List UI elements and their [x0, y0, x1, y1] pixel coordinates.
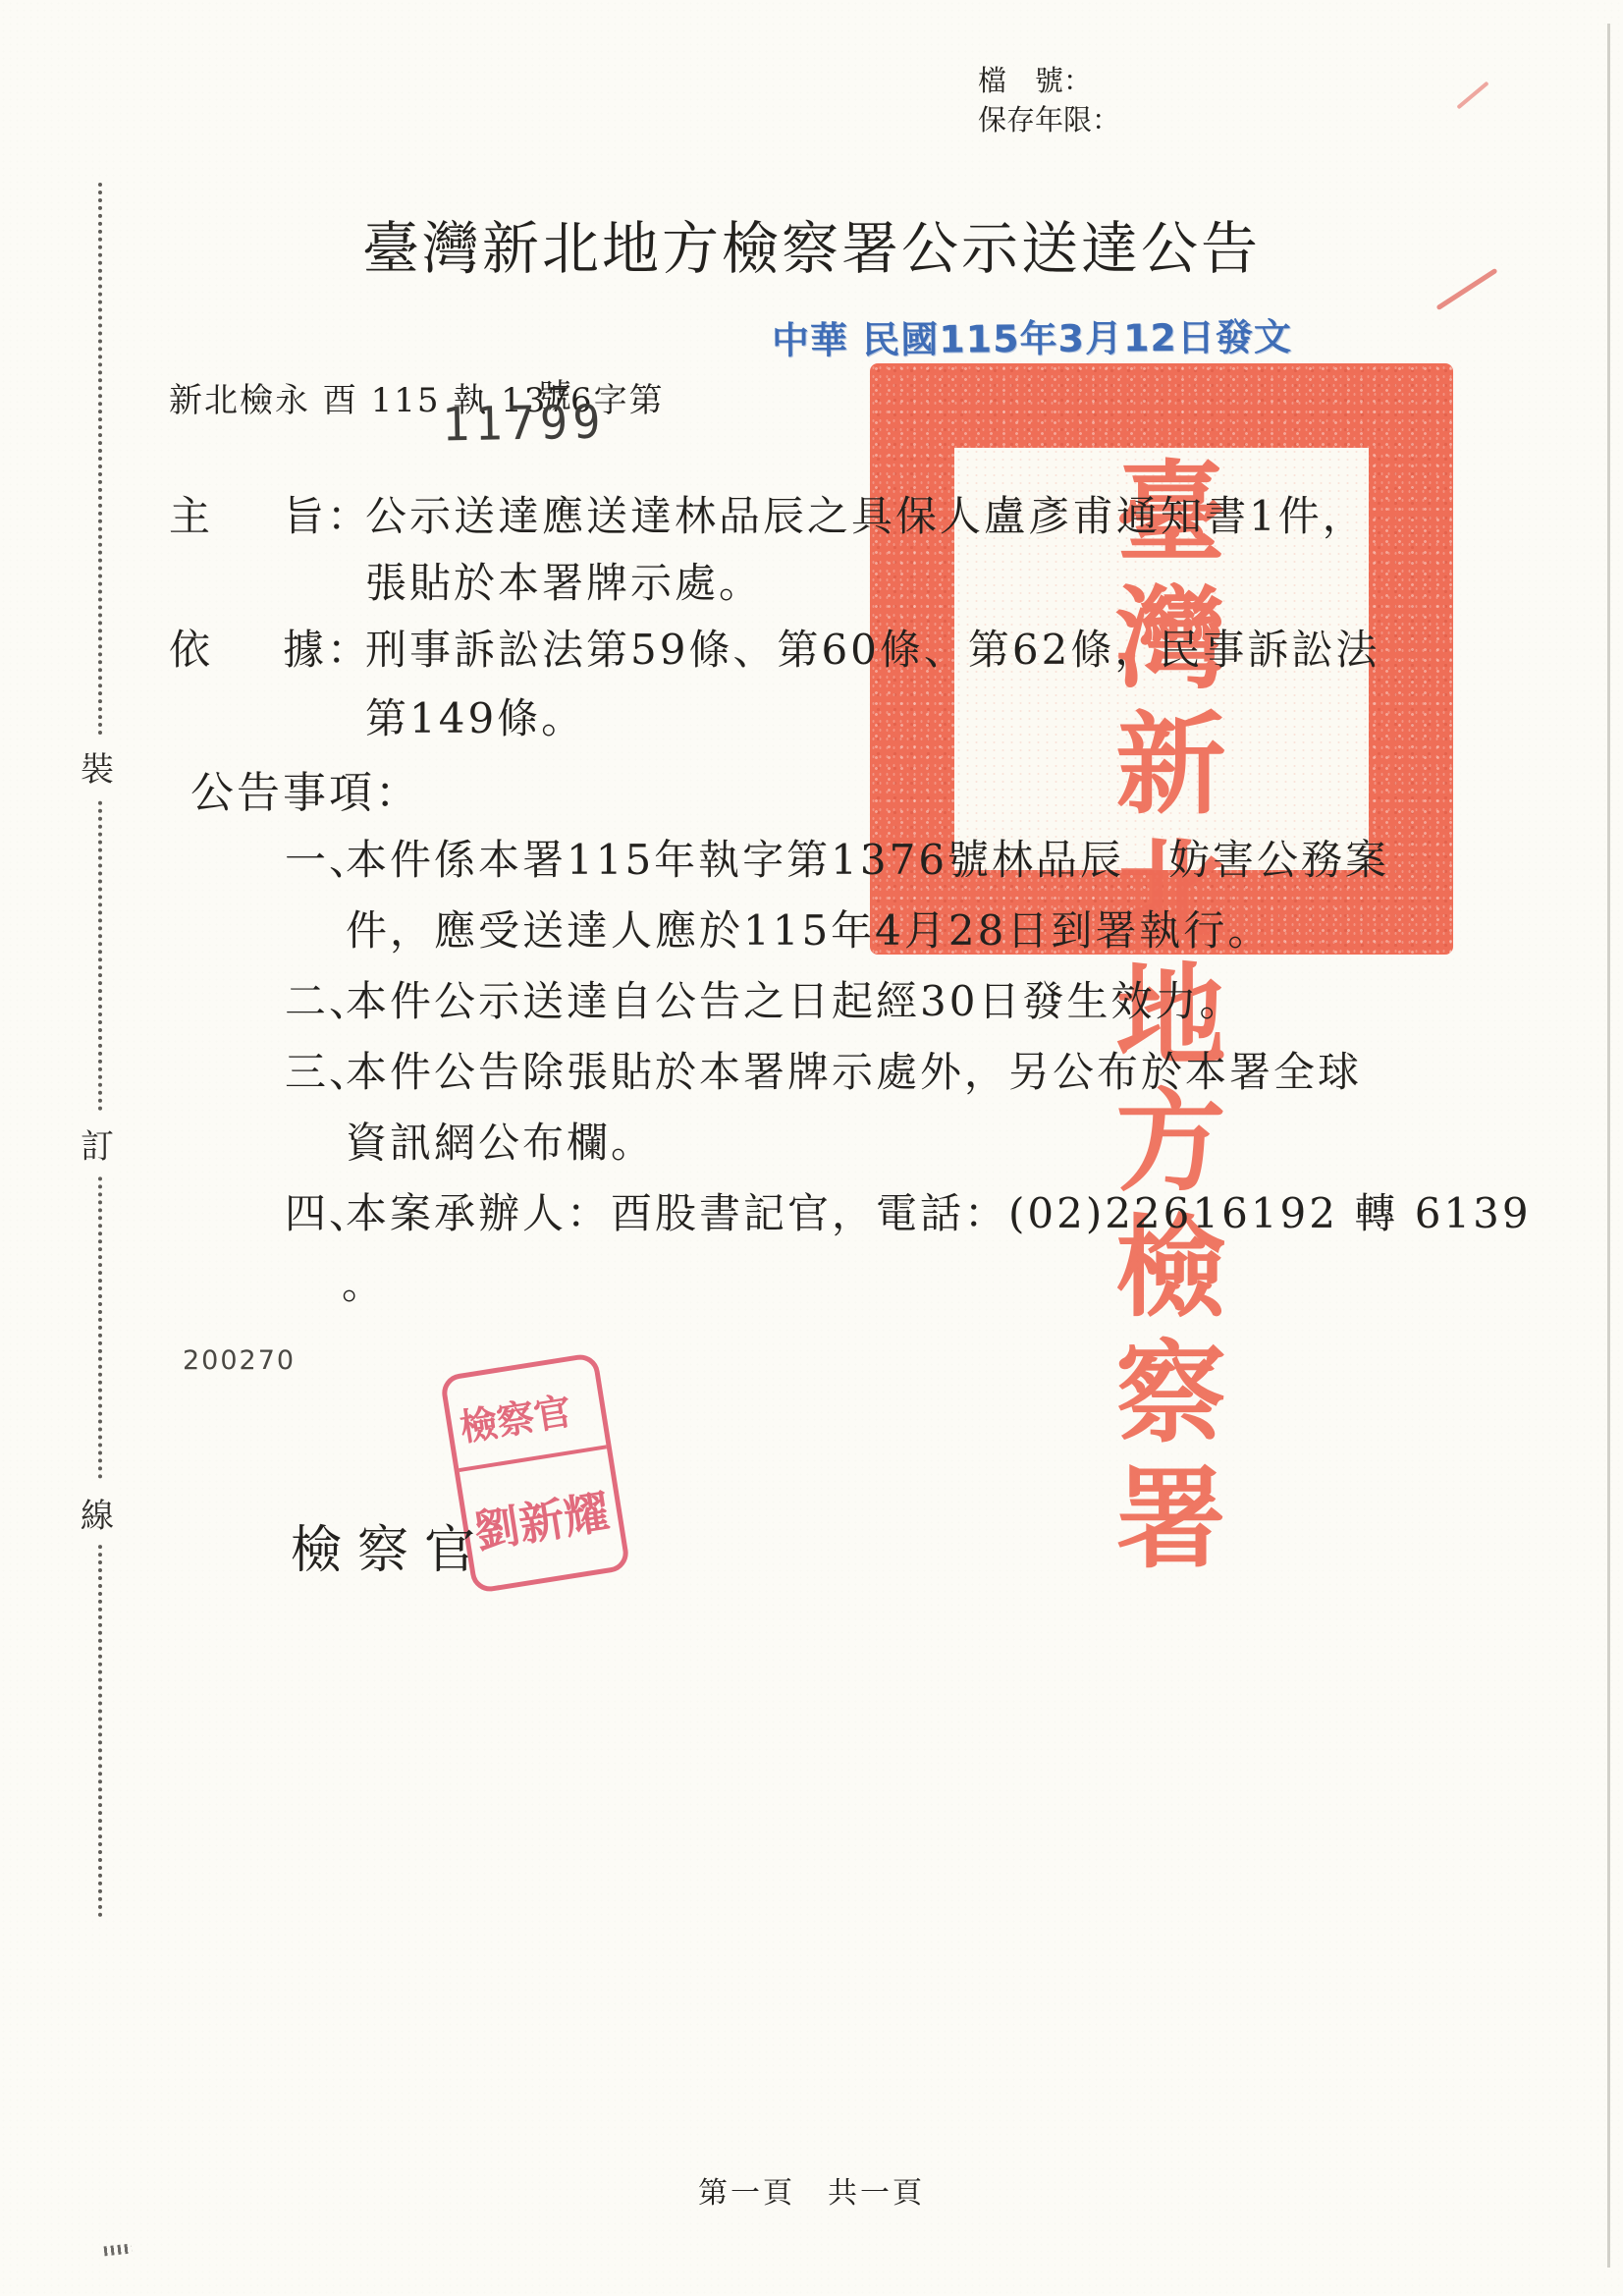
item-1-line-1: 本件係本署115年執字第1376號林品辰 妨害公務案 — [346, 828, 1389, 887]
binding-dotted-line — [98, 183, 102, 1919]
subject-line-1: 公示送達應送達林品辰之具保人盧彥甫通知書1件， — [365, 484, 1367, 543]
binding-mark-xian: 線 — [79, 1481, 116, 1545]
item-3-line-2: 資訊網公布欄。 — [346, 1111, 655, 1170]
form-code: 200270 — [183, 1345, 296, 1376]
announcement-header: 公告事項： — [190, 757, 421, 820]
binding-mark-zhuang: 裝 — [79, 735, 116, 798]
corner-scan-mark — [104, 2244, 133, 2257]
basis-line-1: 刑事訴訟法第59條、第60條、第62條，民事訴訟法 — [365, 618, 1380, 677]
basis-label-rest: 據： — [283, 618, 371, 677]
binding-mark-ding: 訂 — [79, 1112, 116, 1175]
file-number-label: 檔 號： — [978, 61, 1120, 100]
subject-line-2: 張貼於本署牌示處。 — [365, 551, 763, 610]
retention-period-label: 保存年限： — [978, 100, 1120, 139]
document-title: 臺灣新北地方檢察署公示送達公告 — [362, 202, 1261, 285]
basis-label-char: 依 — [169, 618, 213, 677]
issue-date-stamp: 中華 民國115年3月12日發文 — [772, 306, 1292, 364]
item-4-line-2: 。 — [342, 1252, 386, 1311]
item-2-line-1: 本件公示送達自公告之日起經30日發生效力。 — [346, 969, 1243, 1028]
doc-number-stamped: 11799 — [442, 396, 606, 453]
item-4-line-1: 本案承辦人：酉股書記官，電話：(02)22616192 轉 6139 — [346, 1181, 1532, 1240]
red-scratch-mark-small — [1456, 82, 1488, 110]
prosecutor-title: 檢察官 — [291, 1508, 491, 1582]
subject-label-rest: 旨： — [283, 484, 371, 543]
archival-labels: 檔 號： 保存年限： — [978, 61, 1120, 139]
item-1-line-2: 件，應受送達人應於115年4月28日到署執行。 — [346, 899, 1271, 957]
red-scratch-mark — [1435, 268, 1497, 310]
scanned-document-page: 檔 號： 保存年限： 臺灣新北地方檢察署公示送達公告 中華 民國115年3月12… — [0, 0, 1623, 2296]
basis-line-2: 第149條。 — [365, 686, 585, 745]
item-3-line-1: 本件公告除張貼於本署牌示處外，另公布於本署全球 — [346, 1040, 1362, 1099]
scan-edge-line — [1607, 24, 1610, 2268]
subject-label-char: 主 — [169, 484, 213, 543]
page-footer: 第一頁 共一頁 — [698, 2168, 925, 2212]
